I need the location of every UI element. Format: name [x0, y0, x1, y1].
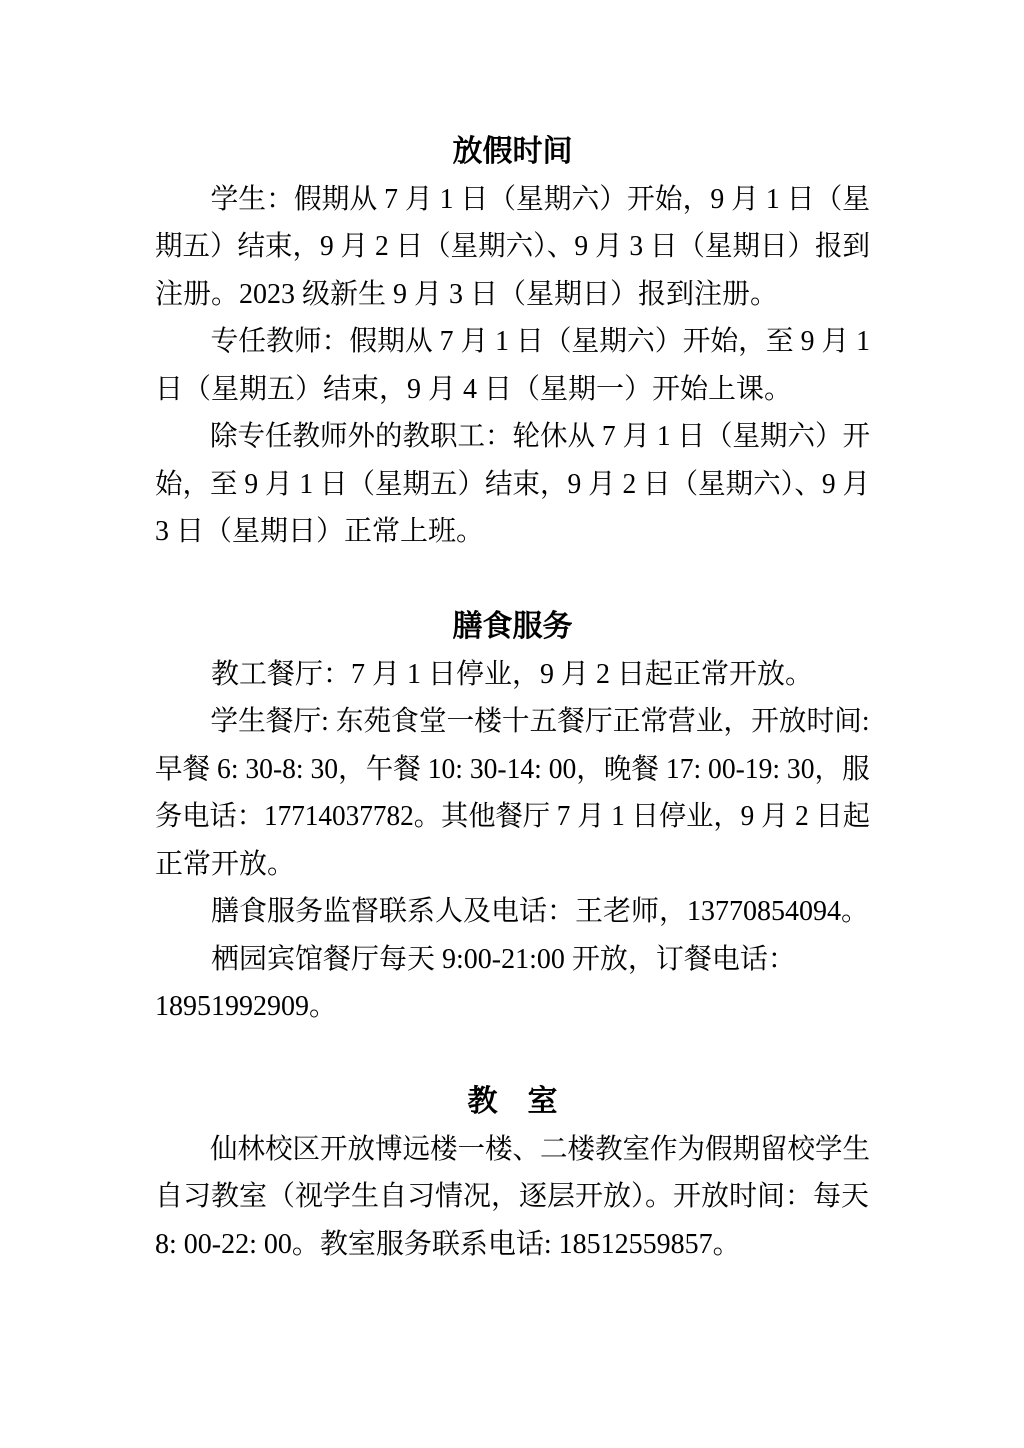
text-line: 期五）结束，9 月 2 日（星期六）、9 月 3 日（星期日）报到 [155, 223, 857, 271]
text-line: 早餐 6: 30-8: 30，午餐 10: 30-14: 00，晚餐 17: 0… [155, 746, 859, 794]
text-line: 务电话：17714037782。其他餐厅 7 月 1 日停业，9 月 2 日起 [155, 793, 851, 841]
text-line: 除专任教师外的教职工：轮休从 7 月 1 日（星期六）开 [155, 413, 857, 461]
text-line: 学生：假期从 7 月 1 日（星期六）开始，9 月 1 日（星 [155, 176, 864, 224]
paragraph-staff-canteen: 教工餐厅：7 月 1 日停业，9 月 2 日起正常开放。 [155, 651, 870, 699]
paragraph-other-staff: 除专任教师外的教职工：轮休从 7 月 1 日（星期六）开 始，至 9 月 1 日… [155, 413, 870, 556]
text-line: 18951992909。 [155, 983, 870, 1031]
text-line: 自习教室（视学生自习情况，逐层开放）。开放时间：每天 [155, 1173, 870, 1221]
paragraph-student-canteen: 学生餐厅: 东苑食堂一楼十五餐厅正常营业，开放时间: 早餐 6: 30-8: 3… [155, 698, 870, 888]
section-classrooms: 教 室 仙林校区开放博远楼一楼、二楼教室作为假期留校学生 自习教室（视学生自习情… [155, 1078, 870, 1268]
section-title-holiday-schedule: 放假时间 [155, 128, 870, 176]
text-line: 学生餐厅: 东苑食堂一楼十五餐厅正常营业，开放时间: [155, 698, 862, 746]
text-line: 仙林校区开放博远楼一楼、二楼教室作为假期留校学生 [155, 1126, 857, 1174]
text-line: 始，至 9 月 1 日（星期五）结束，9 月 2 日（星期六）、9 月 [155, 461, 857, 509]
text-line: 膳食服务监督联系人及电话：王老师，13770854094。 [155, 888, 870, 936]
text-line: 栖园宾馆餐厅每天 9:00-21:00 开放，订餐电话： [155, 936, 870, 984]
text-line: 专任教师：假期从 7 月 1 日（星期六）开始，至 9 月 1 [155, 318, 864, 366]
paragraph-fulltime-teachers: 专任教师：假期从 7 月 1 日（星期六）开始，至 9 月 1 日（星期五）结束… [155, 318, 870, 413]
section-title-classrooms: 教 室 [155, 1078, 870, 1126]
paragraph-students: 学生：假期从 7 月 1 日（星期六）开始，9 月 1 日（星 期五）结束，9 … [155, 176, 870, 319]
text-line: 注册。2023 级新生 9 月 3 日（星期日）报到注册。 [155, 271, 870, 319]
text-line: 教工餐厅：7 月 1 日停业，9 月 2 日起正常开放。 [155, 651, 870, 699]
notice-content: 放假时间 学生：假期从 7 月 1 日（星期六）开始，9 月 1 日（星 期五）… [155, 128, 870, 1268]
paragraph-dining-supervisor: 膳食服务监督联系人及电话：王老师，13770854094。 [155, 888, 870, 936]
text-line: 3 日（星期日）正常上班。 [155, 508, 870, 556]
section-dining-services: 膳食服务 教工餐厅：7 月 1 日停业，9 月 2 日起正常开放。 学生餐厅: … [155, 603, 870, 1031]
text-line: 8: 00-22: 00。教室服务联系电话: 18512559857。 [155, 1221, 870, 1269]
section-holiday-schedule: 放假时间 学生：假期从 7 月 1 日（星期六）开始，9 月 1 日（星 期五）… [155, 128, 870, 556]
text-line: 正常开放。 [155, 841, 870, 889]
section-title-dining-services: 膳食服务 [155, 603, 870, 651]
notice-page: 放假时间 学生：假期从 7 月 1 日（星期六）开始，9 月 1 日（星 期五）… [0, 0, 1024, 1448]
paragraph-classrooms: 仙林校区开放博远楼一楼、二楼教室作为假期留校学生 自习教室（视学生自习情况，逐层… [155, 1126, 870, 1269]
text-line: 日（星期五）结束，9 月 4 日（星期一）开始上课。 [155, 366, 870, 414]
paragraph-hotel-restaurant: 栖园宾馆餐厅每天 9:00-21:00 开放，订餐电话： 18951992909… [155, 936, 870, 1031]
